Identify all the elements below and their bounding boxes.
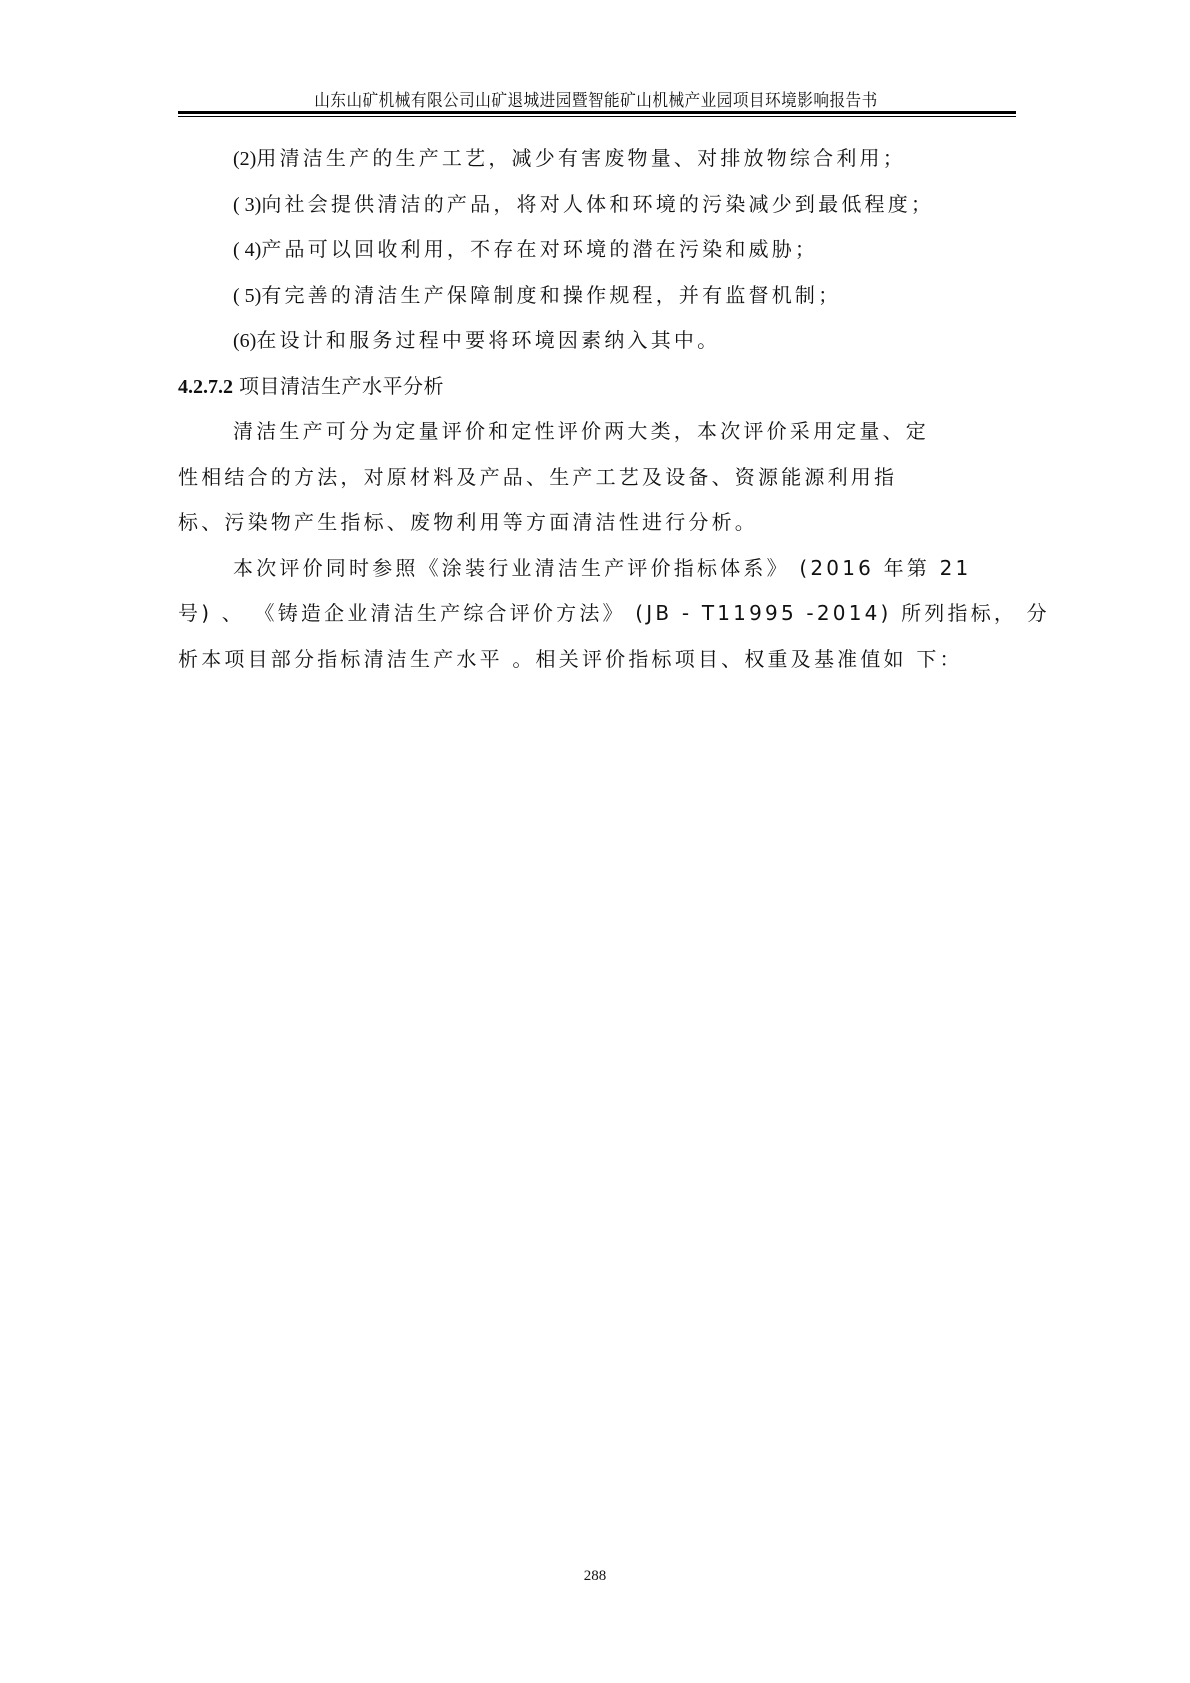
section-title: 项目清洁生产水平分析 bbox=[239, 374, 444, 398]
list-item: ( 3)向社会提供清洁的产品，将对人体和环境的污染减少到最低程度； bbox=[178, 182, 1018, 228]
section-heading: 4.2.7.2项目清洁生产水平分析 bbox=[178, 364, 1018, 410]
list-item-number: ( 5) bbox=[233, 285, 261, 307]
paragraph-line: 析本项目部分指标清洁生产水平 。相关评价指标项目、权重及基准值如 下： bbox=[178, 637, 1018, 683]
list-item: (2)用清洁生产的生产工艺，减少有害废物量、对排放物综合利用； bbox=[178, 136, 1018, 182]
section-number: 4.2.7.2 bbox=[178, 376, 233, 398]
document-body: (2)用清洁生产的生产工艺，减少有害废物量、对排放物综合利用； ( 3)向社会提… bbox=[178, 136, 1018, 682]
page-number: 288 bbox=[0, 1568, 1190, 1585]
header-rule-thick bbox=[178, 111, 1016, 114]
paragraph-line: 标、污染物产生指标、废物利用等方面清洁性进行分析。 bbox=[178, 500, 1018, 546]
list-item-number: (6) bbox=[233, 330, 256, 352]
paragraph-line: 本次评价同时参照《涂装行业清洁生产评价指标体系》 (2016 年第 21 bbox=[178, 546, 1018, 592]
list-item-text: 有完善的清洁生产保障制度和操作规程，并有监督机制； bbox=[261, 283, 841, 307]
header-rule-thin bbox=[178, 116, 1016, 117]
list-item-number: (2) bbox=[233, 148, 256, 170]
list-item: ( 5)有完善的清洁生产保障制度和操作规程，并有监督机制； bbox=[178, 273, 1018, 319]
paragraph-line: 号) 、 《铸造企业清洁生产综合评价方法》 (JB - T11995 -2014… bbox=[178, 591, 1018, 637]
paragraph-line: 性相结合的方法，对原材料及产品、生产工艺及设备、资源能源利用指 bbox=[178, 455, 1018, 501]
list-item-text: 产品可以回收利用，不存在对环境的潜在污染和威胁； bbox=[261, 237, 818, 261]
list-item: ( 4)产品可以回收利用，不存在对环境的潜在污染和威胁； bbox=[178, 227, 1018, 273]
list-item-text: 在设计和服务过程中要将环境因素纳入其中。 bbox=[256, 328, 720, 352]
list-item: (6)在设计和服务过程中要将环境因素纳入其中。 bbox=[178, 318, 1018, 364]
page-header-title: 山东山矿机械有限公司山矿退城进园暨智能矿山机械产业园项目环境影响报告书 bbox=[211, 86, 980, 111]
list-item-text: 用清洁生产的生产工艺，减少有害废物量、对排放物综合利用； bbox=[256, 146, 906, 170]
list-item-number: ( 3) bbox=[233, 194, 261, 216]
list-item-text: 向社会提供清洁的产品，将对人体和环境的污染减少到最低程度； bbox=[261, 192, 934, 216]
list-item-number: ( 4) bbox=[233, 239, 261, 261]
paragraph-line: 清洁生产可分为定量评价和定性评价两大类，本次评价采用定量、定 bbox=[178, 409, 1018, 455]
